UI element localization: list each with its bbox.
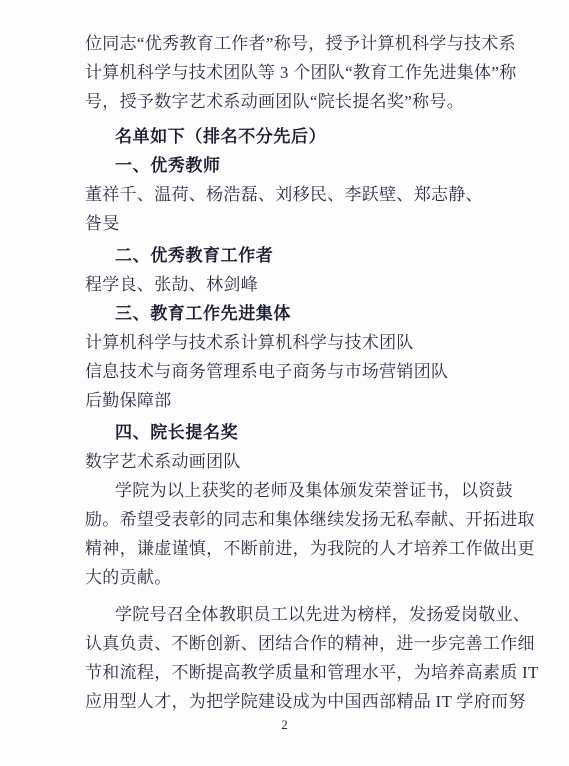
text-line: 四、院长提名奖 bbox=[85, 418, 528, 447]
text-line: 三、教育工作先进集体 bbox=[85, 299, 528, 328]
section-heading: 一、优秀教师 bbox=[85, 151, 528, 180]
text-line: 后勤保障部 bbox=[85, 386, 528, 415]
paragraph: 位同志“优秀教育工作者”称号，授予计算机科学与技术系计算机科学与技术团队等 3 … bbox=[85, 29, 528, 116]
text-line: 二、优秀教育工作者 bbox=[85, 241, 528, 270]
document-body: 位同志“优秀教育工作者”称号，授予计算机科学与技术系计算机科学与技术团队等 3 … bbox=[85, 29, 528, 716]
section-heading: 名单如下（排名不分先后） bbox=[85, 122, 528, 151]
text-line: 号，授予数字艺术系动画团队“院长提名奖”称号。 bbox=[85, 87, 528, 116]
text-line: 节和流程，不断提高教学质量和管理水平，为培养高素质 IT bbox=[85, 658, 528, 687]
text-line: 计算机科学与技术系计算机科学与技术团队 bbox=[85, 328, 528, 357]
paragraph: 学院为以上获奖的老师及集体颁发荣誉证书，以资鼓励。希望受表彰的同志和集体继续发扬… bbox=[85, 476, 528, 592]
text-line: 学院为以上获奖的老师及集体颁发荣誉证书，以资鼓 bbox=[85, 476, 528, 505]
text-line: 励。希望受表彰的同志和集体继续发扬无私奉献、开拓进取 bbox=[85, 505, 528, 534]
section-heading: 二、优秀教育工作者 bbox=[85, 241, 528, 270]
text-line: 一、优秀教师 bbox=[85, 151, 528, 180]
text-line: 位同志“优秀教育工作者”称号，授予计算机科学与技术系 bbox=[85, 29, 528, 58]
text-line: 计算机科学与技术团队等 3 个团队“教育工作先进集体”称 bbox=[85, 58, 528, 87]
paragraph: 董祥千、温荷、杨浩磊、刘移民、李跃壁、郑志静、昝旻 bbox=[85, 180, 528, 238]
text-line: 昝旻 bbox=[85, 209, 528, 238]
section-heading: 三、教育工作先进集体 bbox=[85, 299, 528, 328]
paragraph: 计算机科学与技术系计算机科学与技术团队信息技术与商务管理系电子商务与市场营销团队… bbox=[85, 328, 528, 415]
text-line: 数字艺术系动画团队 bbox=[85, 447, 528, 476]
paragraph: 程学良、张劼、林剑峰 bbox=[85, 270, 528, 299]
document-page: 位同志“优秀教育工作者”称号，授予计算机科学与技术系计算机科学与技术团队等 3 … bbox=[0, 0, 569, 766]
section-heading: 四、院长提名奖 bbox=[85, 418, 528, 447]
text-line: 大的贡献。 bbox=[85, 563, 528, 592]
text-line: 信息技术与商务管理系电子商务与市场营销团队 bbox=[85, 357, 528, 386]
page-number: 2 bbox=[0, 716, 569, 734]
text-line: 董祥千、温荷、杨浩磊、刘移民、李跃壁、郑志静、 bbox=[85, 180, 528, 209]
paragraph: 数字艺术系动画团队 bbox=[85, 447, 528, 476]
paragraph: 学院号召全体教职员工以先进为榜样，发扬爱岗敬业、认真负责、不断创新、团结合作的精… bbox=[85, 600, 528, 716]
text-line: 应用型人才，为把学院建设成为中国西部精品 IT 学府而努 bbox=[85, 687, 528, 716]
text-line: 认真负责、不断创新、团结合作的精神，进一步完善工作细 bbox=[85, 629, 528, 658]
text-line: 名单如下（排名不分先后） bbox=[85, 122, 528, 151]
text-line: 精神，谦虚谨慎，不断前进，为我院的人才培养工作做出更 bbox=[85, 534, 528, 563]
text-line: 学院号召全体教职员工以先进为榜样，发扬爱岗敬业、 bbox=[85, 600, 528, 629]
text-line: 程学良、张劼、林剑峰 bbox=[85, 270, 528, 299]
